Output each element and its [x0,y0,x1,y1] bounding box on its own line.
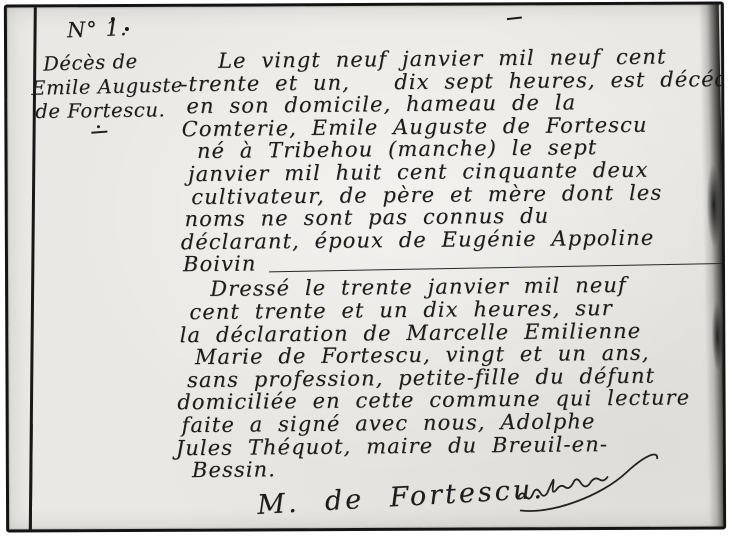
margin-title-line: Emile Auguste [31,73,183,99]
body-line-text: Boivin [183,253,257,276]
act-number: N° 1. [67,16,128,42]
margin-title-line: Décès de [43,50,138,76]
ink-dot [125,27,129,31]
signature-scribble [517,476,609,500]
body-line: déclarant, époux de Eugénie Appoline [181,226,726,254]
ink-flourish-mark [91,131,107,135]
ink-dot [111,17,115,21]
margin-annotation: N° 1. Décès de Emile Auguste de Fortescu… [7,7,173,208]
signature-swash [517,454,660,512]
margin-title-line: de Fortescu. [35,98,165,123]
act-body-text: Le vingt neuf janvier mil neuf cent -tre… [172,45,726,482]
filler-rule [269,263,722,272]
mayor-signature [505,447,684,522]
scanned-death-record: N° 1. Décès de Emile Auguste de Fortescu… [4,1,726,532]
